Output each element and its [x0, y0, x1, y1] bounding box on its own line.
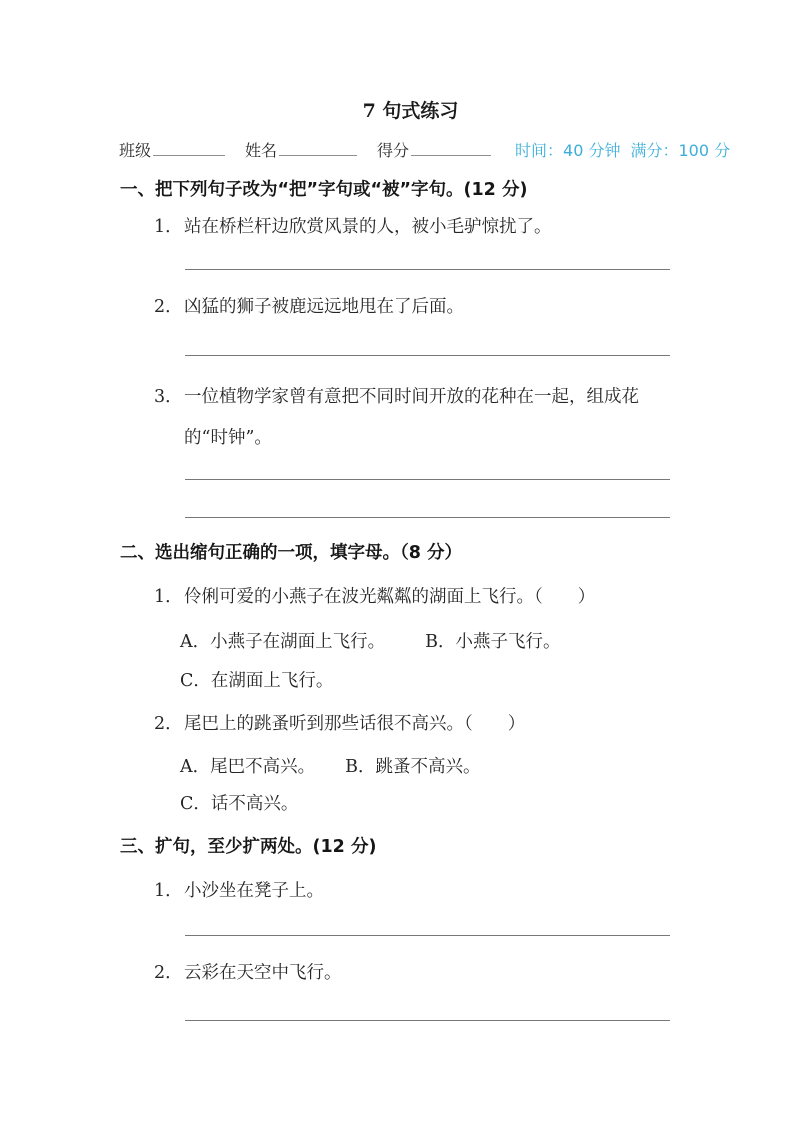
option-c: C．话不高兴。 — [180, 790, 298, 815]
section-2-item-2: 2． 尾巴上的跳蚤听到那些话很不高兴。（ ） — [154, 710, 525, 735]
section-3-item-2: 2． 云彩在天空中飞行。 — [154, 959, 342, 984]
option-b: B．小燕子飞行。 — [425, 628, 560, 653]
worksheet-page: 7 句式练习 班级 姓名 得分 时间：40 分钟满分：100 分 一、把下列句子… — [0, 0, 793, 1122]
item-number: 2． — [154, 293, 184, 318]
name-label: 姓名 — [245, 138, 277, 161]
item-text: 凶猛的狮子被鹿远远地甩在了后面。 — [184, 293, 464, 318]
section-3-item-1: 1． 小沙坐在凳子上。 — [154, 877, 324, 902]
time-label: 时间：40 分钟 — [515, 141, 620, 160]
section-2-item-1-options-ab: A．小燕子在湖面上飞行。 B．小燕子飞行。 — [180, 628, 561, 653]
item-number: 1． — [154, 583, 184, 608]
section-1-item-2: 2． 凶猛的狮子被鹿远远地甩在了后面。 — [154, 293, 464, 318]
item-number: 1． — [154, 213, 184, 238]
section-1-item-3-continuation: 的“时钟”。 — [184, 424, 272, 449]
item-number: 2． — [154, 959, 184, 984]
item-number: 1． — [154, 877, 184, 902]
option-c: C．在湖面上飞行。 — [180, 667, 333, 692]
option-a: A．尾巴不高兴。 — [180, 753, 315, 778]
section-3-heading: 三、扩句，至少扩两处。(12 分) — [120, 833, 376, 858]
option-b: B．跳蚤不高兴。 — [345, 753, 480, 778]
item-text: 尾巴上的跳蚤听到那些话很不高兴。（ ） — [184, 710, 525, 735]
item-text: 小沙坐在凳子上。 — [184, 877, 324, 902]
section-1-item-1: 1． 站在桥栏杆边欣赏风景的人，被小毛驴惊扰了。 — [154, 213, 552, 238]
class-blank[interactable] — [153, 139, 225, 156]
item-text: 伶俐可爱的小燕子在波光粼粼的湖面上飞行。（ ） — [184, 583, 595, 608]
item-number: 2． — [154, 710, 184, 735]
header-row: 班级 姓名 得分 时间：40 分钟满分：100 分 — [119, 138, 730, 161]
item-text: 云彩在天空中飞行。 — [184, 959, 342, 984]
answer-line[interactable] — [185, 269, 670, 270]
class-label: 班级 — [119, 138, 151, 161]
section-2-item-1: 1． 伶俐可爱的小燕子在波光粼粼的湖面上飞行。（ ） — [154, 583, 595, 608]
score-label: 得分 — [377, 138, 409, 161]
section-2-item-2-options-ab: A．尾巴不高兴。 B．跳蚤不高兴。 — [180, 753, 481, 778]
item-text: 一位植物学家曾有意把不同时间开放的花种在一起，组成花 — [184, 383, 639, 408]
section-2-item-1-option-c: C．在湖面上飞行。 — [180, 667, 333, 692]
option-a: A．小燕子在湖面上飞行。 — [180, 628, 385, 653]
section-1-item-3: 3． 一位植物学家曾有意把不同时间开放的花种在一起，组成花 — [154, 383, 639, 408]
section-2-item-2-option-c: C．话不高兴。 — [180, 790, 298, 815]
answer-line[interactable] — [185, 935, 670, 936]
answer-line[interactable] — [185, 355, 670, 356]
time-limit-info: 时间：40 分钟满分：100 分 — [515, 138, 730, 161]
section-1-heading: 一、把下列句子改为“把”字句或“被”字句。(12 分) — [120, 176, 527, 201]
score-blank[interactable] — [411, 139, 491, 156]
name-blank[interactable] — [279, 139, 357, 156]
section-2-heading: 二、选出缩句正确的一项，填字母。（8 分） — [120, 539, 462, 564]
item-text: 站在桥栏杆边欣赏风景的人，被小毛驴惊扰了。 — [184, 213, 552, 238]
page-title: 7 句式练习 — [28, 96, 793, 123]
item-number: 3． — [154, 383, 184, 408]
answer-line[interactable] — [185, 479, 670, 480]
full-score-label: 满分：100 分 — [631, 141, 731, 160]
answer-line[interactable] — [185, 517, 670, 518]
answer-line[interactable] — [185, 1020, 670, 1021]
